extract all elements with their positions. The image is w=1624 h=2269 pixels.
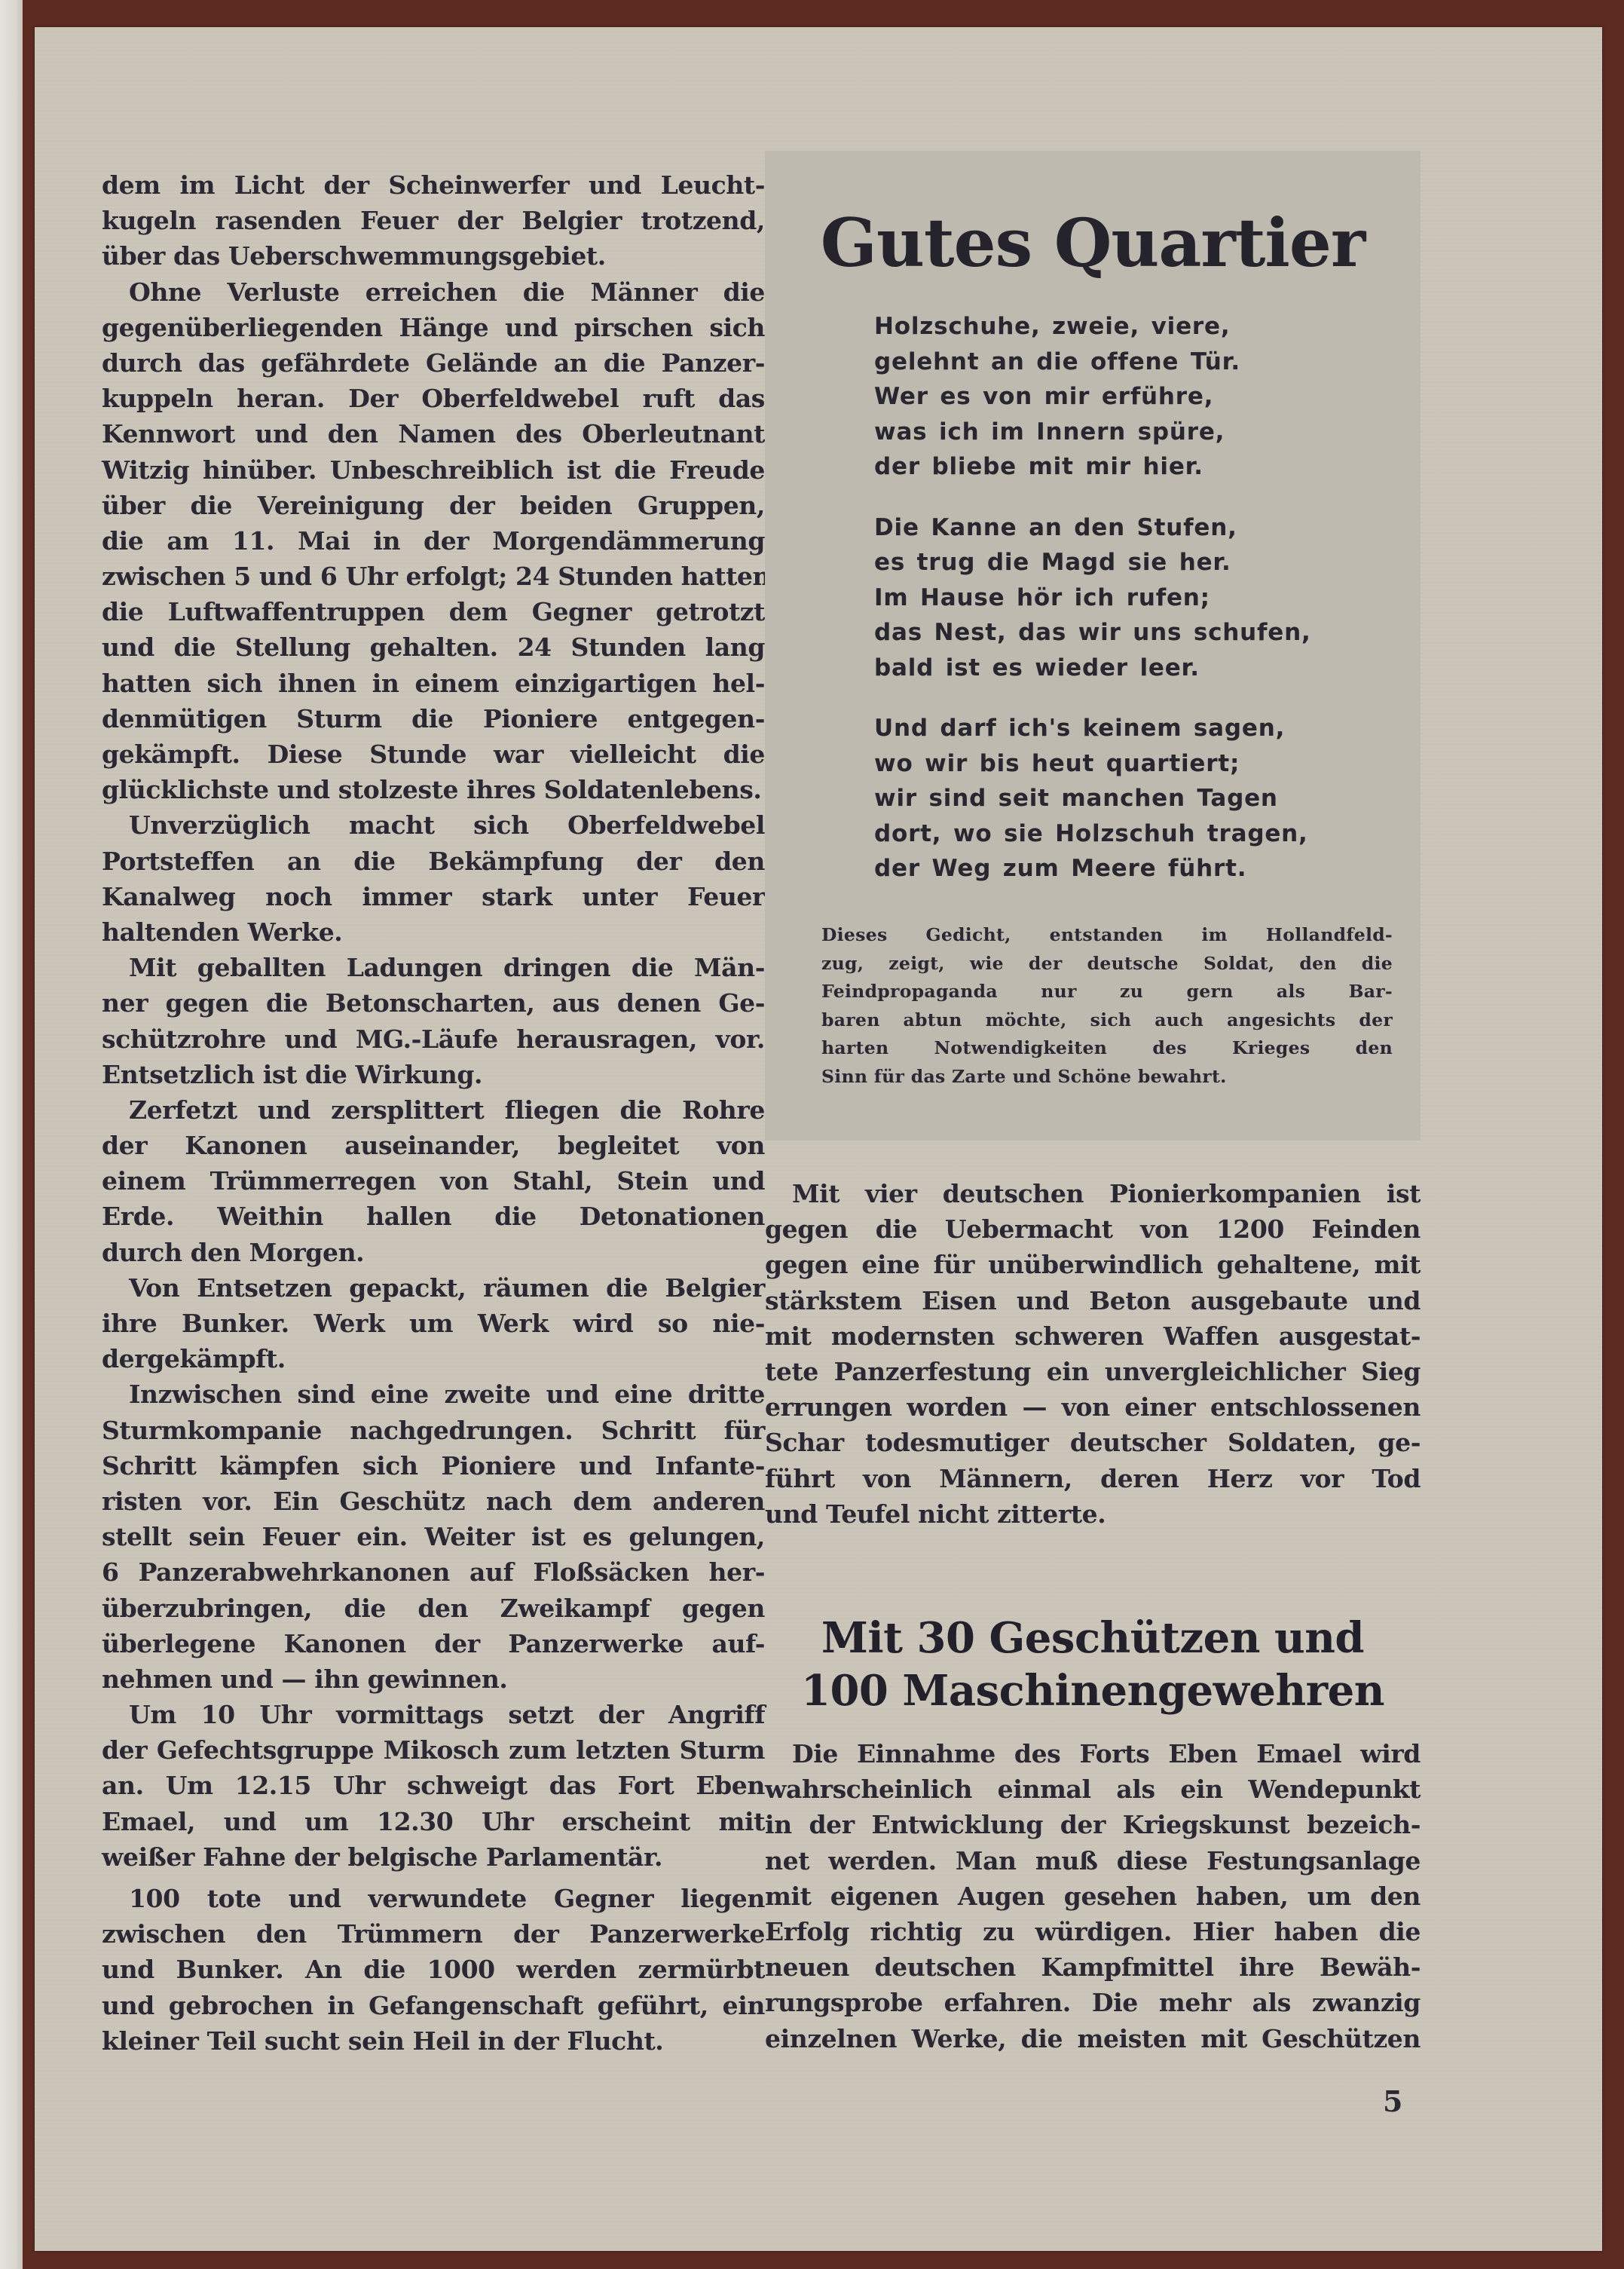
text-line: hatten sich ihnen in einem einzigartigen… [102,666,765,701]
text-line: gegenüberliegenden Hänge und pirschen si… [102,310,765,345]
text-line: haltenden Werke. [102,914,765,950]
text-line: überzubringen, die den Zweikampf gegen [102,1591,765,1626]
text-line: 6 Panzerabwehrkanonen auf Floßsäcken her… [102,1554,765,1590]
text-line: gekämpft. Diese Stunde war vielleicht di… [102,736,765,772]
text-line: rungsprobe erfahren. Die mehr als zwanzi… [765,1985,1421,2020]
text-line: einem Trümmerregen von Stahl, Stein und [102,1163,765,1199]
poem-line: bald ist es wieder leer. [874,651,1356,686]
text-line: die Luftwaffentruppen dem Gegner getrotz… [102,594,765,629]
adjacent-page-edge [0,0,23,2269]
text-line: und Teufel nicht zitterte. [765,1496,1421,1532]
text-line: und Bunker. An die 1000 werden zermürbt [102,1952,765,1987]
text-line: Schritt kämpfen sich Pioniere und Infant… [102,1448,765,1484]
poem-line: dort, wo sie Holzschuh tragen, [874,816,1356,852]
poem-line: Und darf ich's keinem sagen, [874,711,1356,746]
text-line: Witzig hinüber. Unbeschreiblich ist die … [102,452,765,488]
text-line: Inzwischen sind eine zweite und eine dri… [102,1376,765,1412]
text-line: tete Panzerfestung ein unvergleichlicher… [765,1354,1421,1389]
text-line: Emael, und um 12.30 Uhr erscheint mit [102,1804,765,1839]
text-line: Erfolg richtig zu würdigen. Hier haben d… [765,1914,1421,1949]
text-line: Kanalweg noch immer stark unter Feuer [102,879,765,914]
text-line: Mit geballten Ladungen dringen die Män- [102,950,765,985]
text-line: zwischen den Trümmern der Panzerwerke [102,1916,765,1952]
text-line: und die Stellung gehalten. 24 Stunden la… [102,629,765,665]
text-line: einzelnen Werke, die meisten mit Geschüt… [765,2021,1421,2056]
paragraph-gap [102,1875,765,1881]
poem-line: der Weg zum Meere führt. [874,851,1356,886]
text-line: 100 tote und verwundete Gegner liegen [102,1881,765,1916]
poem-line: es trug die Magd sie her. [874,545,1356,580]
text-line: stellt sein Feuer ein. Weiter ist es gel… [102,1519,765,1554]
text-line: durch das gefährdete Gelände an die Panz… [102,345,765,381]
poem-line: Im Hause hör ich rufen; [874,580,1356,616]
text-line: Unverzüglich macht sich Oberfeldwebel [102,807,765,843]
left-column-text: dem im Licht der Scheinwerfer und Leucht… [102,167,765,2059]
text-line: Sturmkompanie nachgedrungen. Schritt für [102,1413,765,1448]
text-line: net werden. Man muß diese Festungsanlage [765,1843,1421,1879]
text-line: mit eigenen Augen gesehen haben, um den [765,1879,1421,1914]
text-line: mit modernsten schweren Waffen ausgestat… [765,1318,1421,1354]
note-line: harten Notwendigkeiten des Krieges den [821,1034,1393,1063]
poem-stanzas: Holzschuhe, zweie, viere,gelehnt an die … [874,309,1356,912]
poem-stanza: Und darf ich's keinem sagen,wo wir bis h… [874,711,1356,886]
poem-line: wo wir bis heut quartiert; [874,746,1356,782]
poem-line: gelehnt an die offene Tür. [874,344,1356,380]
poem-title: Gutes Quartier [765,204,1421,282]
poem-line: wir sind seit manchen Tagen [874,781,1356,816]
text-line: an. Um 12.15 Uhr schweigt das Fort Eben [102,1768,765,1803]
text-line: Erde. Weithin hallen die Detonationen [102,1199,765,1234]
text-line: der Kanonen auseinander, begleitet von [102,1128,765,1163]
poem-stanza: Holzschuhe, zweie, viere,gelehnt an die … [874,309,1356,485]
right-column-text: Mit vier deutschen Pionierkompanien istg… [765,1176,1421,1532]
poem-line: was ich im Innern spüre, [874,415,1356,450]
text-line: Schar todesmutiger deutscher Soldaten, g… [765,1425,1421,1460]
text-line: kuppeln heran. Der Oberfeldwebel ruft da… [102,381,765,416]
text-line: und gebrochen in Gefangenschaft geführt,… [102,1988,765,2023]
poem-line: Die Kanne an den Stufen, [874,510,1356,546]
text-line: denmütigen Sturm die Pioniere entgegen- [102,701,765,736]
text-line: Mit vier deutschen Pionierkompanien ist [765,1176,1421,1211]
text-line: der Gefechtsgruppe Mikosch zum letzten S… [102,1732,765,1768]
text-line: durch den Morgen. [102,1235,765,1270]
text-line: über die Vereinigung der beiden Gruppen, [102,488,765,523]
text-line: Von Entsetzen gepackt, räumen die Belgie… [102,1270,765,1306]
poem-line: Holzschuhe, zweie, viere, [874,309,1356,344]
text-line: risten vor. Ein Geschütz nach dem andere… [102,1484,765,1519]
page-number: 5 [1383,2084,1402,2118]
poem-line: der bliebe mit mir hier. [874,449,1356,485]
text-line: überlegene Kanonen der Panzerwerke auf- [102,1626,765,1661]
text-line: weißer Fahne der belgische Parlamentär. [102,1839,765,1875]
text-line: Ohne Verluste erreichen die Männer die [102,274,765,310]
section-heading-line-2: 100 Maschinengewehren [765,1664,1421,1717]
poem-line: das Nest, das wir uns schufen, [874,615,1356,651]
section-heading: Mit 30 Geschützen und 100 Maschinengeweh… [765,1612,1421,1717]
text-line: wahrscheinlich einmal als ein Wendepunkt [765,1771,1421,1807]
text-line: gegen eine für unüberwindlich gehaltene,… [765,1247,1421,1282]
poem-stanza: Die Kanne an den Stufen,es trug die Magd… [874,510,1356,686]
section-body-text: Die Einnahme des Forts Eben Emael wirdwa… [765,1736,1421,2056]
text-line: glücklichste und stolzeste ihres Soldate… [102,772,765,807]
note-line: Sinn für das Zarte und Schöne bewahrt. [821,1063,1393,1092]
note-line: zug, zeigt, wie der deutsche Soldat, den… [821,950,1393,978]
text-line: schützrohre und MG.-Läufe herausragen, v… [102,1021,765,1057]
text-line: Entsetzlich ist die Wirkung. [102,1057,765,1092]
text-line: kleiner Teil sucht sein Heil in der Fluc… [102,2023,765,2059]
text-line: stärkstem Eisen und Beton ausgebaute und [765,1283,1421,1318]
text-line: kugeln rasenden Feuer der Belgier trotze… [102,203,765,238]
section-heading-line-1: Mit 30 Geschützen und [765,1612,1421,1664]
text-line: führt von Männern, deren Herz vor Tod [765,1461,1421,1496]
note-line: Feindpropaganda nur zu gern als Bar- [821,978,1393,1006]
note-line: baren abtun möchte, sich auch angesichts… [821,1006,1393,1035]
text-line: zwischen 5 und 6 Uhr erfolgt; 24 Stunden… [102,559,765,594]
poem-line: Wer es von mir erführe, [874,379,1356,415]
text-line: neuen deutschen Kampfmittel ihre Bewäh- [765,1949,1421,1985]
text-line: nehmen und — ihn gewinnen. [102,1661,765,1697]
text-line: dem im Licht der Scheinwerfer und Leucht… [102,167,765,203]
poem-note: Dieses Gedicht, entstanden im Hollandfel… [821,921,1393,1091]
text-line: Zerfetzt und zersplittert fliegen die Ro… [102,1092,765,1128]
text-line: dergekämpft. [102,1341,765,1376]
text-line: die am 11. Mai in der Morgendämmerung [102,523,765,559]
note-line: Dieses Gedicht, entstanden im Hollandfel… [821,921,1393,950]
text-line: Kennwort und den Namen des Oberleutnant [102,416,765,452]
text-line: Um 10 Uhr vormittags setzt der Angriff [102,1697,765,1732]
poem-box: Gutes Quartier Holzschuhe, zweie, viere,… [765,151,1421,1141]
text-line: Die Einnahme des Forts Eben Emael wird [765,1736,1421,1771]
text-line: ner gegen die Betonscharten, aus denen G… [102,985,765,1021]
text-line: Portsteffen an die Bekämpfung der den [102,844,765,879]
text-line: über das Ueberschwemmungsgebiet. [102,238,765,274]
text-line: in der Entwicklung der Kriegskunst bezei… [765,1807,1421,1842]
text-line: ihre Bunker. Werk um Werk wird so nie- [102,1306,765,1341]
text-line: errungen worden — von einer entschlossen… [765,1389,1421,1425]
text-line: gegen die Uebermacht von 1200 Feinden [765,1211,1421,1247]
